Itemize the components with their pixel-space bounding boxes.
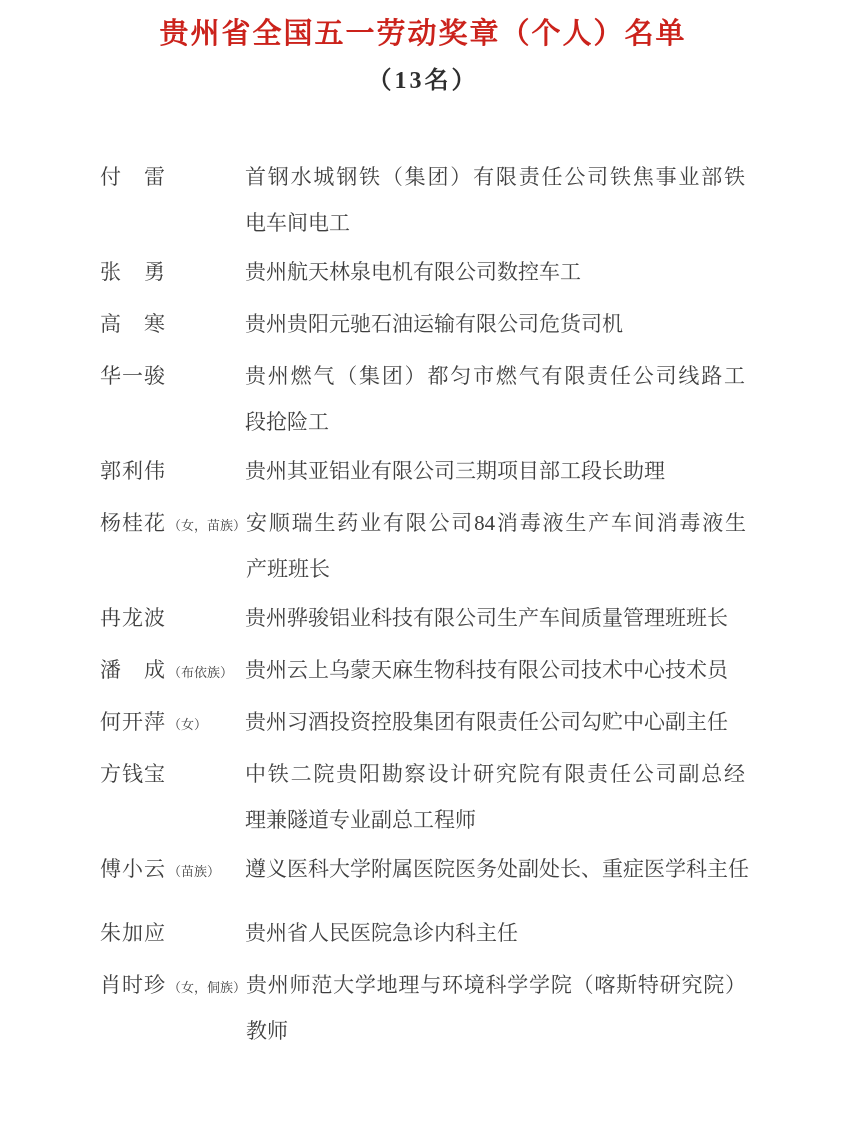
- description-line: 段抢险工: [245, 399, 745, 445]
- description-line: 贵州贵阳元驰石油运输有限公司危货司机: [245, 301, 745, 347]
- person-description: 贵州燃气（集团）都匀市燃气有限责任公司线路工 段抢险工: [245, 353, 745, 445]
- description-line: 理兼隧道专业副总工程师: [245, 797, 745, 843]
- person-name: 高 寒: [100, 312, 166, 336]
- list-item: 肖时珍（女，侗族） 贵州师范大学地理与环境科学学院（喀斯特研究院） 教师: [100, 962, 846, 1054]
- award-name-list: 付 雷 首钢水城钢铁（集团）有限责任公司铁焦事业部铁 电车间电工 张 勇 贵州航…: [0, 154, 846, 1054]
- person-description: 贵州习酒投资控股集团有限责任公司勾贮中心副主任: [245, 699, 745, 745]
- description-line: 遵义医科大学附属医院医务处副处长、重症医学科主任: [245, 846, 745, 892]
- person-name: 方钱宝: [100, 762, 166, 786]
- person-name: 冉龙波: [100, 606, 166, 630]
- document-title: 贵州省全国五一劳动奖章（个人）名单: [0, 16, 846, 52]
- list-item: 张 勇 贵州航天林泉电机有限公司数控车工: [100, 249, 846, 298]
- description-line: 贵州省人民医院急诊内科主任: [245, 910, 745, 956]
- person-name: 肖时珍: [100, 973, 166, 997]
- person-name: 郭利伟: [100, 459, 166, 483]
- description-line: 贵州云上乌蒙天麻生物科技有限公司技术中心技术员: [245, 647, 745, 693]
- person-description: 安顺瑞生药业有限公司84消毒液生产车间消毒液生 产班班长: [246, 500, 746, 592]
- list-item: 傅小云（苗族） 遵义医科大学附属医院医务处副处长、重症医学科主任: [100, 846, 846, 895]
- person-note: （女，苗族）: [168, 518, 246, 533]
- person-name-cell: 华一骏: [100, 353, 245, 402]
- description-line: 贵州习酒投资控股集团有限责任公司勾贮中心副主任: [245, 699, 745, 745]
- person-name-cell: 朱加应: [100, 910, 245, 959]
- list-item: 方钱宝 中铁二院贵阳勘察设计研究院有限责任公司副总经 理兼隧道专业副总工程师: [100, 751, 846, 843]
- description-line: 贵州燃气（集团）都匀市燃气有限责任公司线路工: [245, 353, 745, 399]
- description-line: 安顺瑞生药业有限公司84消毒液生产车间消毒液生: [246, 500, 746, 546]
- description-line: 首钢水城钢铁（集团）有限责任公司铁焦事业部铁: [245, 154, 745, 200]
- person-description: 贵州贵阳元驰石油运输有限公司危货司机: [245, 301, 745, 347]
- list-item: 潘 成（布依族） 贵州云上乌蒙天麻生物科技有限公司技术中心技术员: [100, 647, 846, 696]
- document-page: 贵州省全国五一劳动奖章（个人）名单 （13名） 付 雷 首钢水城钢铁（集团）有限…: [0, 0, 846, 1134]
- list-item: 杨桂花（女，苗族） 安顺瑞生药业有限公司84消毒液生产车间消毒液生 产班班长: [100, 500, 846, 592]
- list-item: 付 雷 首钢水城钢铁（集团）有限责任公司铁焦事业部铁 电车间电工: [100, 154, 846, 246]
- description-line: 贵州骅骏铝业科技有限公司生产车间质量管理班班长: [245, 595, 745, 641]
- person-name-cell: 付 雷: [100, 154, 245, 203]
- person-description: 首钢水城钢铁（集团）有限责任公司铁焦事业部铁 电车间电工: [245, 154, 745, 246]
- list-item: 华一骏 贵州燃气（集团）都匀市燃气有限责任公司线路工 段抢险工: [100, 353, 846, 445]
- person-name: 朱加应: [100, 921, 166, 945]
- person-note: （女）: [168, 717, 207, 732]
- person-note: （苗族）: [168, 864, 220, 879]
- list-item: 高 寒 贵州贵阳元驰石油运输有限公司危货司机: [100, 301, 846, 350]
- person-name: 何开萍: [100, 710, 166, 734]
- person-note: （女，侗族）: [168, 980, 246, 995]
- person-name: 杨桂花: [100, 511, 166, 535]
- person-name-cell: 傅小云（苗族）: [100, 846, 245, 895]
- list-item: 朱加应 贵州省人民医院急诊内科主任: [100, 910, 846, 959]
- person-name: 潘 成: [100, 658, 166, 682]
- person-name: 华一骏: [100, 364, 166, 388]
- person-name: 张 勇: [100, 260, 166, 284]
- description-line: 产班班长: [246, 546, 746, 592]
- list-item: 何开萍（女） 贵州习酒投资控股集团有限责任公司勾贮中心副主任: [100, 699, 846, 748]
- person-name-cell: 郭利伟: [100, 448, 245, 497]
- list-item: 冉龙波 贵州骅骏铝业科技有限公司生产车间质量管理班班长: [100, 595, 846, 644]
- description-line: 贵州航天林泉电机有限公司数控车工: [245, 249, 745, 295]
- description-line: 贵州师范大学地理与环境科学学院（喀斯特研究院）: [246, 962, 746, 1008]
- person-name-cell: 何开萍（女）: [100, 699, 245, 748]
- description-line: 电车间电工: [245, 200, 745, 246]
- person-name: 傅小云: [100, 857, 166, 881]
- person-name: 付 雷: [100, 165, 166, 189]
- description-line: 中铁二院贵阳勘察设计研究院有限责任公司副总经: [245, 751, 745, 797]
- person-description: 贵州省人民医院急诊内科主任: [245, 910, 745, 956]
- list-item: 郭利伟 贵州其亚铝业有限公司三期项目部工段长助理: [100, 448, 846, 497]
- person-description: 贵州云上乌蒙天麻生物科技有限公司技术中心技术员: [245, 647, 745, 693]
- person-description: 贵州师范大学地理与环境科学学院（喀斯特研究院） 教师: [246, 962, 746, 1054]
- description-line: 贵州其亚铝业有限公司三期项目部工段长助理: [245, 448, 745, 494]
- person-description: 贵州骅骏铝业科技有限公司生产车间质量管理班班长: [245, 595, 745, 641]
- person-name-cell: 潘 成（布依族）: [100, 647, 245, 696]
- person-description: 遵义医科大学附属医院医务处副处长、重症医学科主任: [245, 846, 745, 892]
- person-name-cell: 张 勇: [100, 249, 245, 298]
- person-note: （布依族）: [168, 665, 233, 680]
- person-description: 中铁二院贵阳勘察设计研究院有限责任公司副总经 理兼隧道专业副总工程师: [245, 751, 745, 843]
- person-description: 贵州其亚铝业有限公司三期项目部工段长助理: [245, 448, 745, 494]
- person-description: 贵州航天林泉电机有限公司数控车工: [245, 249, 745, 295]
- person-name-cell: 肖时珍（女，侗族）: [100, 962, 246, 1011]
- document-subtitle: （13名）: [0, 66, 846, 96]
- person-name-cell: 杨桂花（女，苗族）: [100, 500, 246, 549]
- description-line: 教师: [246, 1008, 746, 1054]
- person-name-cell: 方钱宝: [100, 751, 245, 800]
- person-name-cell: 高 寒: [100, 301, 245, 350]
- person-name-cell: 冉龙波: [100, 595, 245, 644]
